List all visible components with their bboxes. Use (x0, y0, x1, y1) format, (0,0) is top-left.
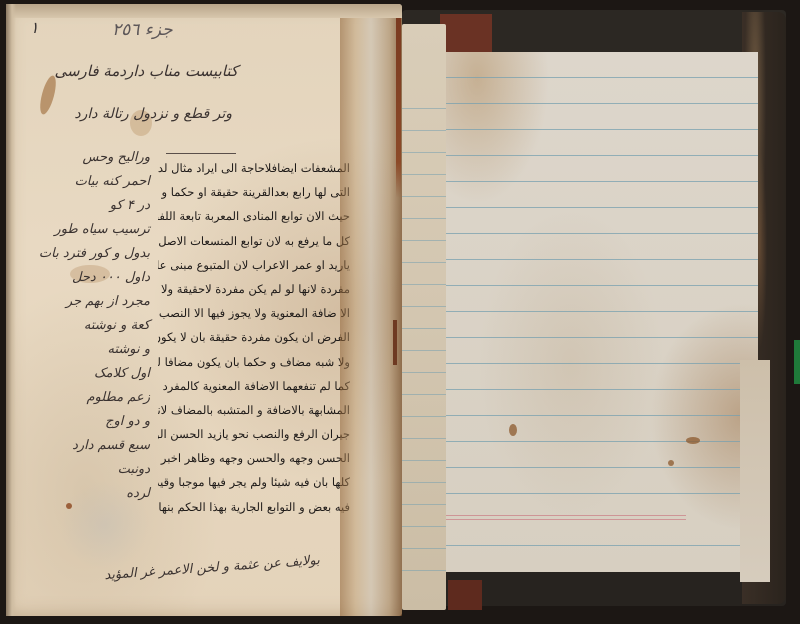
text-line: التی لها رابع بعدالقرینة حقیقة او حکما و… (158, 180, 350, 204)
lined-paper-sheet (446, 52, 758, 572)
text-line: المشعفات ایضافلاحاجة الی ایراد مثال لدعل… (158, 156, 350, 180)
margin-note: و نوشته (40, 338, 150, 362)
margin-note: داول ۰۰۰ دحل (40, 266, 150, 290)
section-rule (166, 153, 236, 154)
margin-note: مجرد از بهم جر (40, 290, 150, 314)
text-line: کما لم تنفعهما الاضافة المعنویة کالمفرد … (158, 374, 350, 398)
margin-note: احمر کنه بیات (40, 170, 150, 194)
text-line: الحسن وجهه والحسن وجهه وظاهر اخبر الحکم … (158, 446, 350, 470)
text-line: ولا شبه مضاف و حکما بان یکون مضافا لفظیا… (158, 350, 350, 374)
shelf-mark: جزء ٢٥٦ (112, 20, 173, 40)
margin-note: در ۴ کو (40, 194, 150, 218)
stain-spot (686, 437, 700, 444)
text-line: مفردة لانها لو لم یکن مفردة لاحقیقة ولا … (158, 277, 350, 301)
gutter-crease (396, 18, 401, 198)
text-line: المشابهة بالاضافة و المتشبه بالمضاف لانه… (158, 398, 350, 422)
margin-note: کعة و نوشته (40, 314, 150, 338)
page-number: ١ (30, 18, 39, 37)
text-line: کلها بان فیه شیئا ولم یجر فیها موجبا وقی… (158, 470, 350, 494)
binding-gutter (340, 18, 402, 616)
text-line: فیه بعض و التوابع الجاریة بهذا الحکم بنه… (158, 495, 350, 519)
margin-note: دونبت (40, 458, 150, 482)
stain-spot (509, 424, 517, 436)
margin-notes: ورالیح وحس احمر کنه بیات در ۴ کو ترسیب س… (40, 146, 150, 506)
margin-note: زعم مطلوم (40, 386, 150, 410)
text-line: جیران الرفع والنصب نحو یازید الحسن الوجه… (158, 422, 350, 446)
lined-paper-strip (402, 24, 446, 610)
green-bookmark-tab (794, 340, 800, 384)
header-note-1: کتابیست مناب داردمة فارسی (38, 62, 238, 80)
margin-note: اول کلامک (40, 362, 150, 386)
margin-note: سبع قسم دارد (40, 434, 150, 458)
gutter-tear (393, 320, 397, 365)
page-top-edge (6, 4, 402, 18)
page-left-edge (6, 4, 16, 616)
stain-spot (668, 460, 674, 466)
paper-torn-edge (740, 360, 770, 582)
text-line: کل ما یرفع به لان توابع المنسعات الاصل ل… (158, 229, 350, 253)
margin-note: ترسیب سیاه طور (40, 218, 150, 242)
margin-note: لرده (40, 482, 150, 506)
text-line: الفرض ان یکون مفردة حقیقة بان لا یکون مض… (158, 325, 350, 349)
margin-note: ورالیح وحس (40, 146, 150, 170)
margin-note: و دو اوج (40, 410, 150, 434)
text-line: حیث الان توابع المنادی المعربة تابعة الل… (158, 204, 350, 228)
main-text-block: المشعفات ایضافلاحاجة الی ایراد مثال لدعل… (158, 156, 350, 519)
red-leather-corner-bottom (448, 580, 482, 610)
margin-note: بدول و کور فترد بات (40, 242, 150, 266)
text-line: یارید او عمر الاعراب لان المتبوع مبنی عل… (158, 253, 350, 277)
text-line: الا ضافة المعنویة ولا یجوز فیها الا النص… (158, 301, 350, 325)
header-note-2: وتر قطع و نزدول رتالة دارد (72, 106, 232, 122)
